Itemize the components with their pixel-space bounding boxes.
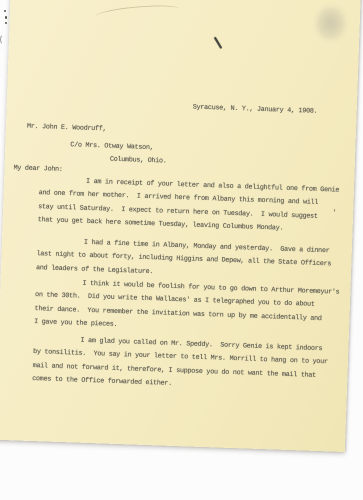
edge-curve-mark-icon xyxy=(0,34,8,45)
letter-paragraph-3: I think it would be foolish for you to g… xyxy=(34,276,340,340)
edge-speck-icon xyxy=(4,10,6,12)
edge-speck-icon xyxy=(5,22,7,24)
letter-paragraph-4: I am glad you called on Mr. Speddy. Sorr… xyxy=(32,333,328,397)
scanned-letter-page: Syracuse, N. Y., January 4, 1908. Mr. Jo… xyxy=(0,0,363,500)
recipient-name-line: Mr. John E. Woodruff, xyxy=(27,121,107,137)
stray-typed-mark: ' xyxy=(332,207,336,221)
surface-scratch-icon xyxy=(95,3,181,23)
letter-paragraph-1: I am in receipt of your letter and also … xyxy=(37,174,339,238)
ink-smudge-icon xyxy=(314,5,347,42)
pen-stroke-icon xyxy=(214,37,222,49)
recipient-city-line: Columbus, Ohio. xyxy=(110,154,167,169)
edge-speck-icon xyxy=(5,16,7,19)
letter-paper: Syracuse, N. Y., January 4, 1908. Mr. Jo… xyxy=(0,0,361,452)
dateline: Syracuse, N. Y., January 4, 1908. xyxy=(192,101,317,119)
